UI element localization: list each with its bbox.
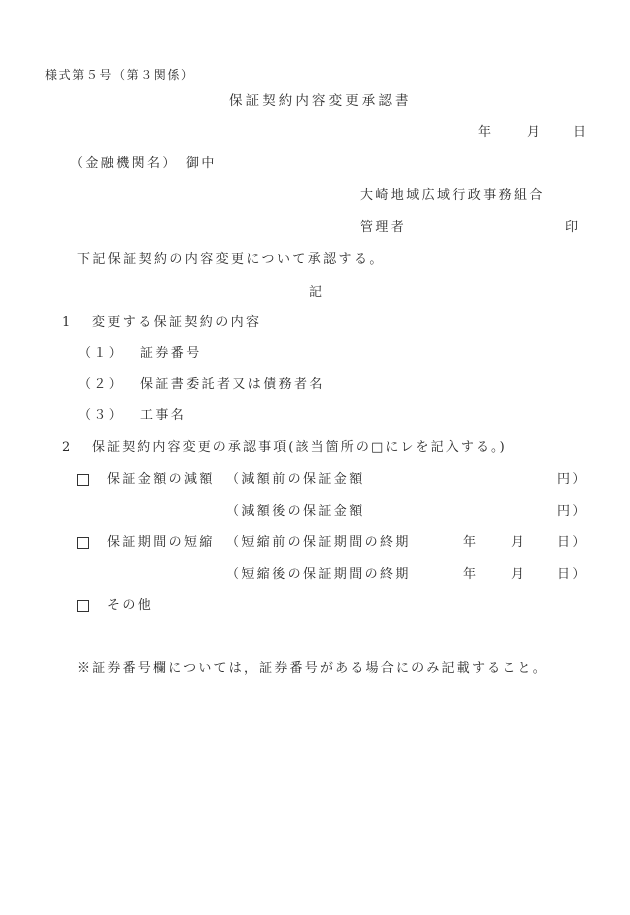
checkbox-other[interactable] <box>77 600 89 612</box>
section1-item3-label: （３） <box>78 408 124 424</box>
period-before-label: （短縮前の保証期間の終期 <box>226 535 411 551</box>
section1-heading: 変更する保証契約の内容 <box>92 315 261 331</box>
section1-number: 1 <box>62 315 73 331</box>
section2-heading: 保証契約内容変更の承認事項(該当箇所の□にレを記入する。) <box>92 440 507 456</box>
footnote: ※証券番号欄については，証券番号がある場合にのみ記載すること。 <box>77 661 548 677</box>
document-title: 保証契約内容変更承認書 <box>229 93 412 109</box>
section1-item3-text: 工事名 <box>140 408 186 424</box>
section1-item1-text: 証券番号 <box>140 346 202 362</box>
option-period-shortening-label: 保証期間の短縮 <box>107 535 215 551</box>
amount-after-unit: 円） <box>557 504 588 520</box>
period-before-day: 日） <box>557 535 588 551</box>
period-after-day: 日） <box>557 567 588 583</box>
intro-text: 下記保証契約の内容変更について承認する。 <box>77 252 385 268</box>
section2-number: 2 <box>62 440 73 456</box>
period-after-month: 月 <box>511 567 526 583</box>
seal-mark: 印 <box>565 220 580 236</box>
date-day-label: 日 <box>573 125 588 141</box>
issuer-role: 管理者 <box>360 220 406 236</box>
ki-heading: 記 <box>309 285 324 301</box>
amount-before-unit: 円） <box>557 472 588 488</box>
addressee-honorific: 御中 <box>186 156 217 172</box>
period-before-month: 月 <box>511 535 526 551</box>
option-other-label: その他 <box>107 598 153 614</box>
section1-item1-label: （１） <box>78 346 124 362</box>
period-after-label: （短縮後の保証期間の終期 <box>226 567 411 583</box>
amount-after-label: （減額後の保証金額 <box>226 504 365 520</box>
section1-item2-label: （２） <box>78 377 124 393</box>
issuer-organization: 大崎地域広域行政事務組合 <box>360 188 545 204</box>
date-year-label: 年 <box>478 125 493 141</box>
period-after-year: 年 <box>463 567 478 583</box>
addressee-bank: （金融機関名） <box>70 156 178 172</box>
section1-item2-text: 保証書委託者又は債務者名 <box>140 377 325 393</box>
form-number: 様式第５号（第３関係） <box>45 67 195 83</box>
amount-before-label: （減額前の保証金額 <box>226 472 365 488</box>
option-amount-reduction-label: 保証金額の減額 <box>107 472 215 488</box>
date-month-label: 月 <box>527 125 542 141</box>
period-before-year: 年 <box>463 535 478 551</box>
checkbox-period-shortening[interactable] <box>77 537 89 549</box>
checkbox-amount-reduction[interactable] <box>77 474 89 486</box>
